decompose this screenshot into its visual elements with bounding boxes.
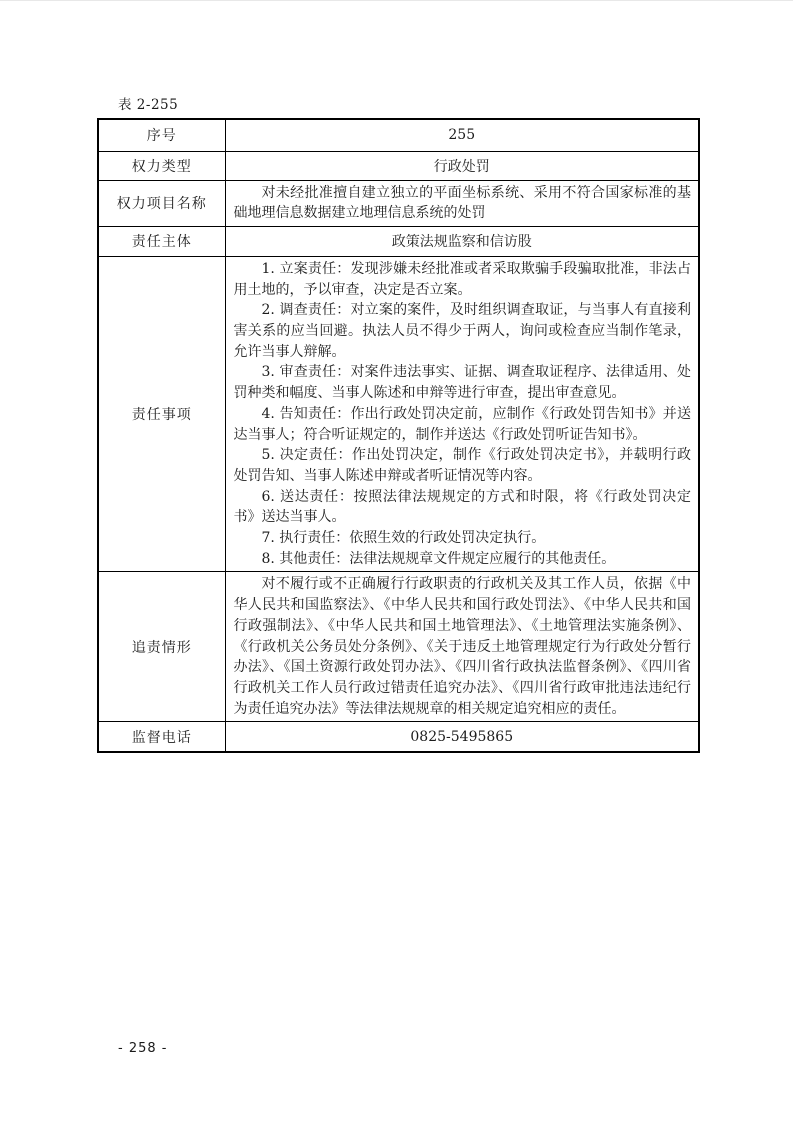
row-value-supervision-phone: 0825-5495865	[225, 722, 699, 752]
table-row-responsible-entity: 责任主体 政策法规监察和信访股	[98, 226, 699, 256]
row-label-responsibility-items: 责任事项	[98, 256, 225, 572]
row-label-power-item-name: 权力项目名称	[98, 180, 225, 226]
responsibility-item-5: 5. 决定责任：作出处罚决定，制作《行政处罚决定书》，并载明行政处罚告知、当事人…	[234, 445, 692, 486]
row-value-responsibility-items: 1. 立案责任：发现涉嫌未经批准或者采取欺骗手段骗取批准，非法占用土地的，予以审…	[225, 256, 699, 572]
table-row-power-type: 权力类型 行政处罚	[98, 151, 699, 180]
table-row-serial-number: 序号 255	[98, 119, 699, 151]
row-value-responsible-entity: 政策法规监察和信访股	[225, 226, 699, 256]
document-page: 表 2-255 序号 255 权力类型 行政处罚 权力项目名称 对未经批准擅自建…	[0, 0, 793, 1122]
row-value-power-type: 行政处罚	[225, 151, 699, 180]
row-label-responsible-entity: 责任主体	[98, 226, 225, 256]
table-row-responsibility-items: 责任事项 1. 立案责任：发现涉嫌未经批准或者采取欺骗手段骗取批准，非法占用土地…	[98, 256, 699, 572]
table-row-accountability-circumstances: 追责情形 对不履行或不正确履行行政职责的行政机关及其工作人员，依据《中华人民共和…	[98, 572, 699, 722]
responsibility-item-4: 4. 告知责任：作出行政处罚决定前，应制作《行政处罚告知书》并送达当事人；符合听…	[234, 404, 692, 445]
accountability-text: 对不履行或不正确履行行政职责的行政机关及其工作人员，依据《中华人民共和国监察法》…	[234, 574, 692, 719]
responsibility-item-3: 3. 审查责任：对案件违法事实、证据、调查取证程序、法律适用、处罚种类和幅度、当…	[234, 362, 692, 403]
row-label-serial-number: 序号	[98, 119, 225, 151]
responsibility-item-2: 2. 调查责任：对立案的案件，及时组织调查取证，与当事人有直接利害关系的应当回避…	[234, 300, 692, 362]
responsibility-item-7: 7. 执行责任：依照生效的行政处罚决定执行。	[234, 528, 692, 549]
table-row-supervision-phone: 监督电话 0825-5495865	[98, 722, 699, 752]
power-item-table: 序号 255 权力类型 行政处罚 权力项目名称 对未经批准擅自建立独立的平面坐标…	[97, 118, 700, 753]
row-label-supervision-phone: 监督电话	[98, 722, 225, 752]
row-value-accountability-circumstances: 对不履行或不正确履行行政职责的行政机关及其工作人员，依据《中华人民共和国监察法》…	[225, 572, 699, 722]
page-number: - 258 -	[118, 1041, 167, 1056]
table-row-power-item-name: 权力项目名称 对未经批准擅自建立独立的平面坐标系统、采用不符合国家标准的基础地理…	[98, 180, 699, 226]
row-value-serial-number: 255	[225, 119, 699, 151]
row-value-power-item-name: 对未经批准擅自建立独立的平面坐标系统、采用不符合国家标准的基础地理信息数据建立地…	[225, 180, 699, 226]
power-item-name-text: 对未经批准擅自建立独立的平面坐标系统、采用不符合国家标准的基础地理信息数据建立地…	[234, 183, 692, 224]
responsibility-item-6: 6. 送达责任：按照法律法规规定的方式和时限，将《行政处罚决定书》送达当事人。	[234, 487, 692, 528]
responsibility-item-8: 8. 其他责任：法律法规规章文件规定应履行的其他责任。	[234, 549, 692, 570]
table-caption: 表 2-255	[118, 93, 178, 113]
responsibility-item-1: 1. 立案责任：发现涉嫌未经批准或者采取欺骗手段骗取批准，非法占用土地的，予以审…	[234, 259, 692, 300]
row-label-power-type: 权力类型	[98, 151, 225, 180]
row-label-accountability-circumstances: 追责情形	[98, 572, 225, 722]
